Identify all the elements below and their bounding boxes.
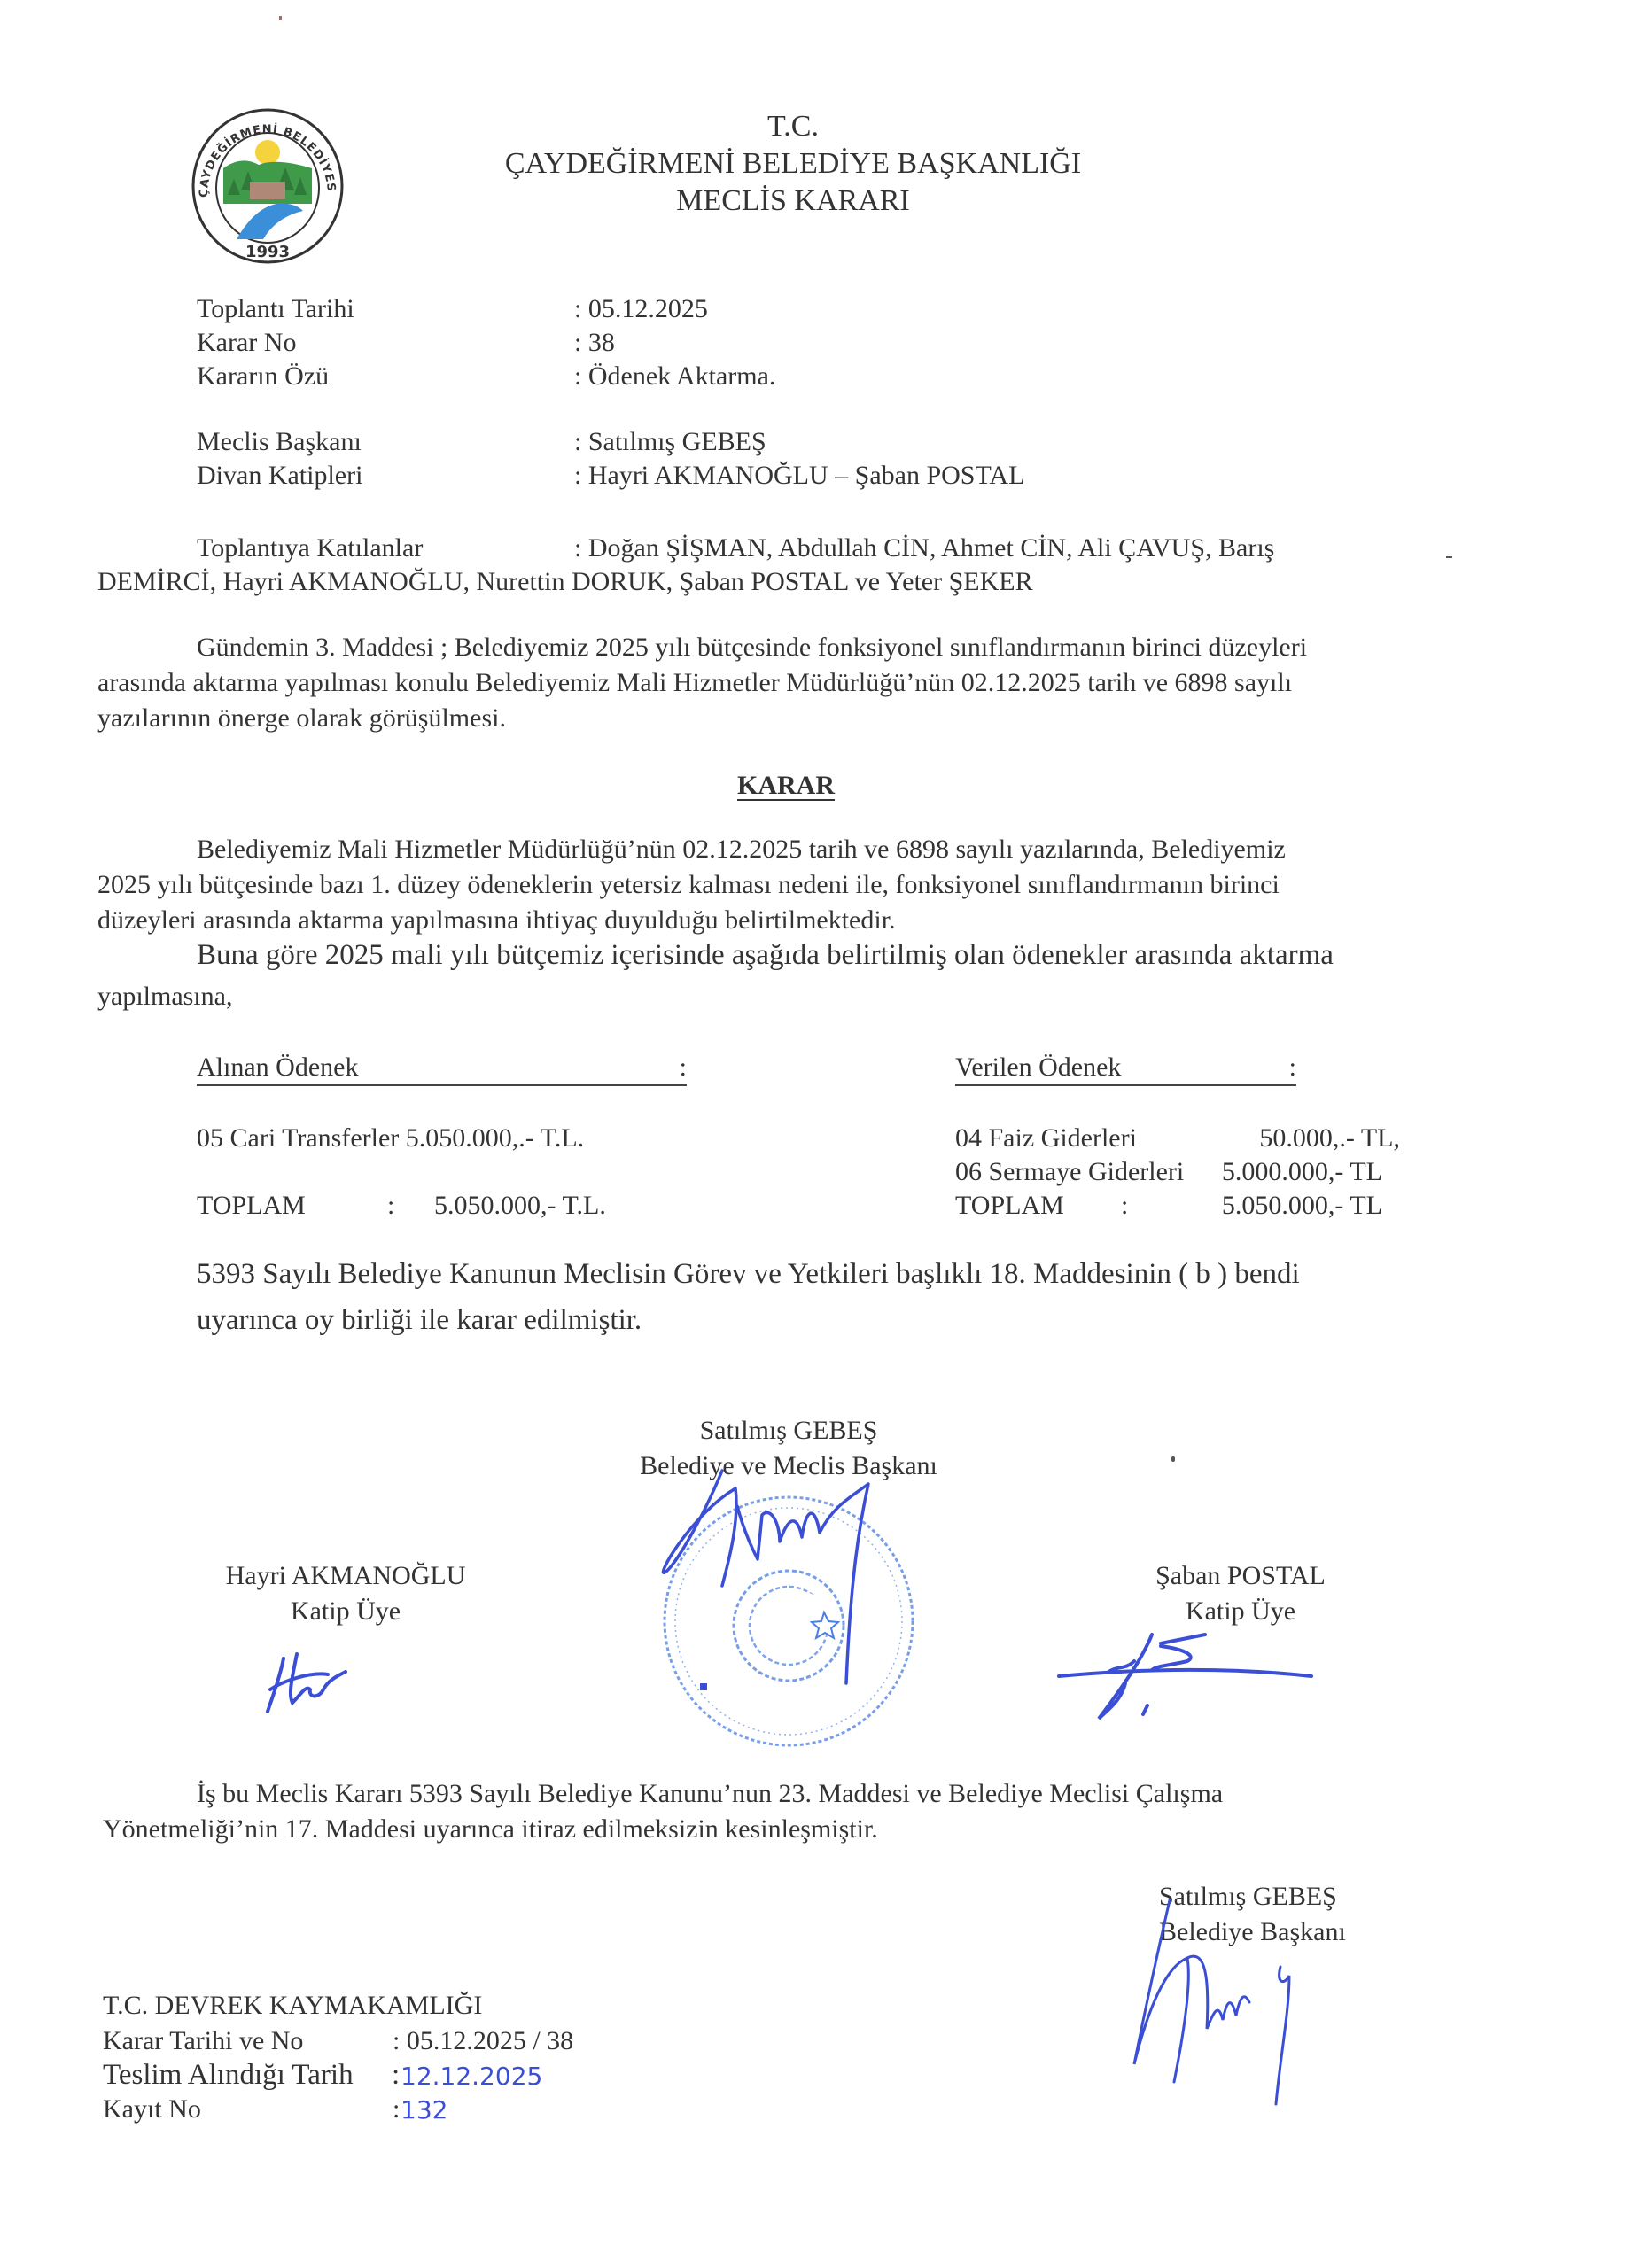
mayor-signature <box>1099 1896 1418 2117</box>
meta-label-summary: Kararın Özü <box>197 360 329 393</box>
clerk-right-signature <box>1054 1621 1320 1736</box>
registry-sep-received: : <box>392 2057 400 2093</box>
handwritten-signature-icon <box>257 1641 399 1720</box>
taken-item-amount: 5.050.000,.- T.L. <box>406 1123 584 1153</box>
president-signature <box>638 1453 957 1719</box>
attendees-line-1: : Doğan ŞİŞMAN, Abdullah CİN, Ahmet CİN,… <box>574 532 1274 565</box>
taken-header: Alınan Ödenek : <box>197 1051 687 1086</box>
clerk-right-name: Şaban POSTAL <box>1099 1559 1382 1593</box>
taken-total-sep: : <box>387 1189 394 1223</box>
registry-label-record-no: Kayıt No <box>103 2093 201 2126</box>
decision-p2-line-1: Buna göre 2025 mali yılı bütçemiz içeris… <box>197 937 1334 973</box>
agenda-line-2: arasında aktarma yapılması konulu Beledi… <box>97 666 1292 700</box>
given-header-colon: : <box>1289 1051 1296 1084</box>
taken-item-name: 05 Cari Transferler <box>197 1123 399 1153</box>
law-line-1: 5393 Sayılı Belediye Kanunun Meclisin Gö… <box>197 1256 1300 1292</box>
handwritten-signature-icon <box>1099 1896 1418 2117</box>
registry-handwritten-record-no: 132 <box>401 2094 447 2126</box>
given-total-amount: 5.050.000,- TL <box>1205 1189 1382 1223</box>
registry-label-decision: Karar Tarihi ve No <box>103 2024 303 2058</box>
decision-p1-line-3: düzeyleri arasında aktarma yapılmasına i… <box>97 904 896 937</box>
taken-item: 05 Cari Transferler 5.050.000,.- T.L. <box>197 1122 584 1155</box>
meta-value-meeting-date: : 05.12.2025 <box>574 292 708 326</box>
logo-emblem-icon: 1993 ÇAYDEĞİRMENİ BELEDİYESİ <box>188 106 347 266</box>
meta-label-meeting-date: Toplantı Tarihi <box>197 292 354 326</box>
registry-office: T.C. DEVREK KAYMAKAMLIĞI <box>103 1989 482 2023</box>
decision-p2-line-2: yapılmasına, <box>97 980 232 1014</box>
decision-title: KARAR <box>737 769 835 803</box>
given-item-amount: 5.000.000,- TL <box>1205 1155 1382 1189</box>
agenda-line-1: Gündemin 3. Maddesi ; Belediyemiz 2025 y… <box>197 631 1307 664</box>
finality-line-1: İş bu Meclis Kararı 5393 Sayılı Belediye… <box>197 1777 1223 1811</box>
scan-speck <box>1171 1456 1175 1462</box>
municipality-logo: 1993 ÇAYDEĞİRMENİ BELEDİYESİ <box>188 106 347 266</box>
registry-value-decision: : 05.12.2025 / 38 <box>393 2024 573 2058</box>
decision-p1-line-2: 2025 yılı bütçesinde bazı 1. düzey ödene… <box>97 868 1280 902</box>
taken-header-colon: : <box>680 1051 687 1084</box>
meta-value-council-president: : Satılmış GEBEŞ <box>574 425 766 459</box>
president-name: Satılmış GEBEŞ <box>620 1414 957 1448</box>
given-total-sep: : <box>1121 1189 1128 1223</box>
given-item-name: 06 Sermaye Giderleri <box>955 1155 1184 1189</box>
header-tc: T.C. <box>439 108 1147 145</box>
given-item-name: 04 Faiz Giderleri <box>955 1122 1137 1155</box>
registry-sep-record-no: : <box>393 2093 400 2126</box>
meta-label-clerks: Divan Katipleri <box>197 459 362 493</box>
given-header-label: Verilen Ödenek <box>955 1052 1121 1082</box>
meta-label-council-president: Meclis Başkanı <box>197 425 362 459</box>
registry-label-received: Teslim Alındığı Tarih <box>103 2057 354 2093</box>
law-line-2: uyarınca oy birliği ile karar edilmiştir… <box>197 1302 642 1338</box>
scan-speck <box>279 16 282 20</box>
clerk-left-title: Katip Üye <box>186 1595 505 1628</box>
agenda-line-3: yazılarının önerge olarak görüşülmesi. <box>97 702 506 735</box>
meta-value-summary: : Ödenek Aktarma. <box>574 360 775 393</box>
scan-speck <box>1446 556 1452 558</box>
header-doc-type: MECLİS KARARI <box>439 183 1147 220</box>
handwritten-signature-icon <box>1054 1621 1320 1736</box>
clerk-left-name: Hayri AKMANOĞLU <box>186 1559 505 1593</box>
taken-header-label: Alınan Ödenek <box>197 1052 358 1082</box>
given-total-label: TOPLAM <box>955 1189 1064 1223</box>
clerk-left-signature <box>257 1641 399 1720</box>
attendees-label: Toplantıya Katılanlar <box>197 532 423 565</box>
decision-p1-line-1: Belediyemiz Mali Hizmetler Müdürlüğü’nün… <box>197 833 1286 866</box>
handwritten-signature-icon <box>638 1453 957 1719</box>
taken-total-amount: 5.050.000,- T.L. <box>434 1189 606 1223</box>
registry-handwritten-received-date: 12.12.2025 <box>401 2061 542 2093</box>
header-institution: ÇAYDEĞİRMENİ BELEDİYE BAŞKANLIĞI <box>439 145 1147 183</box>
given-header: Verilen Ödenek : <box>955 1051 1296 1086</box>
meta-value-decision-no: : 38 <box>574 326 615 360</box>
svg-text:1993: 1993 <box>245 243 290 261</box>
meta-label-decision-no: Karar No <box>197 326 296 360</box>
attendees-line-2: DEMİRCİ, Hayri AKMANOĞLU, Nurettin DORUK… <box>97 565 1033 599</box>
given-item-amount: 50.000,.- TL, <box>1223 1122 1400 1155</box>
finality-line-2: Yönetmeliği’nin 17. Maddesi uyarınca iti… <box>103 1813 878 1846</box>
meta-value-clerks: : Hayri AKMANOĞLU – Şaban POSTAL <box>574 459 1024 493</box>
taken-total-label: TOPLAM <box>197 1189 306 1223</box>
